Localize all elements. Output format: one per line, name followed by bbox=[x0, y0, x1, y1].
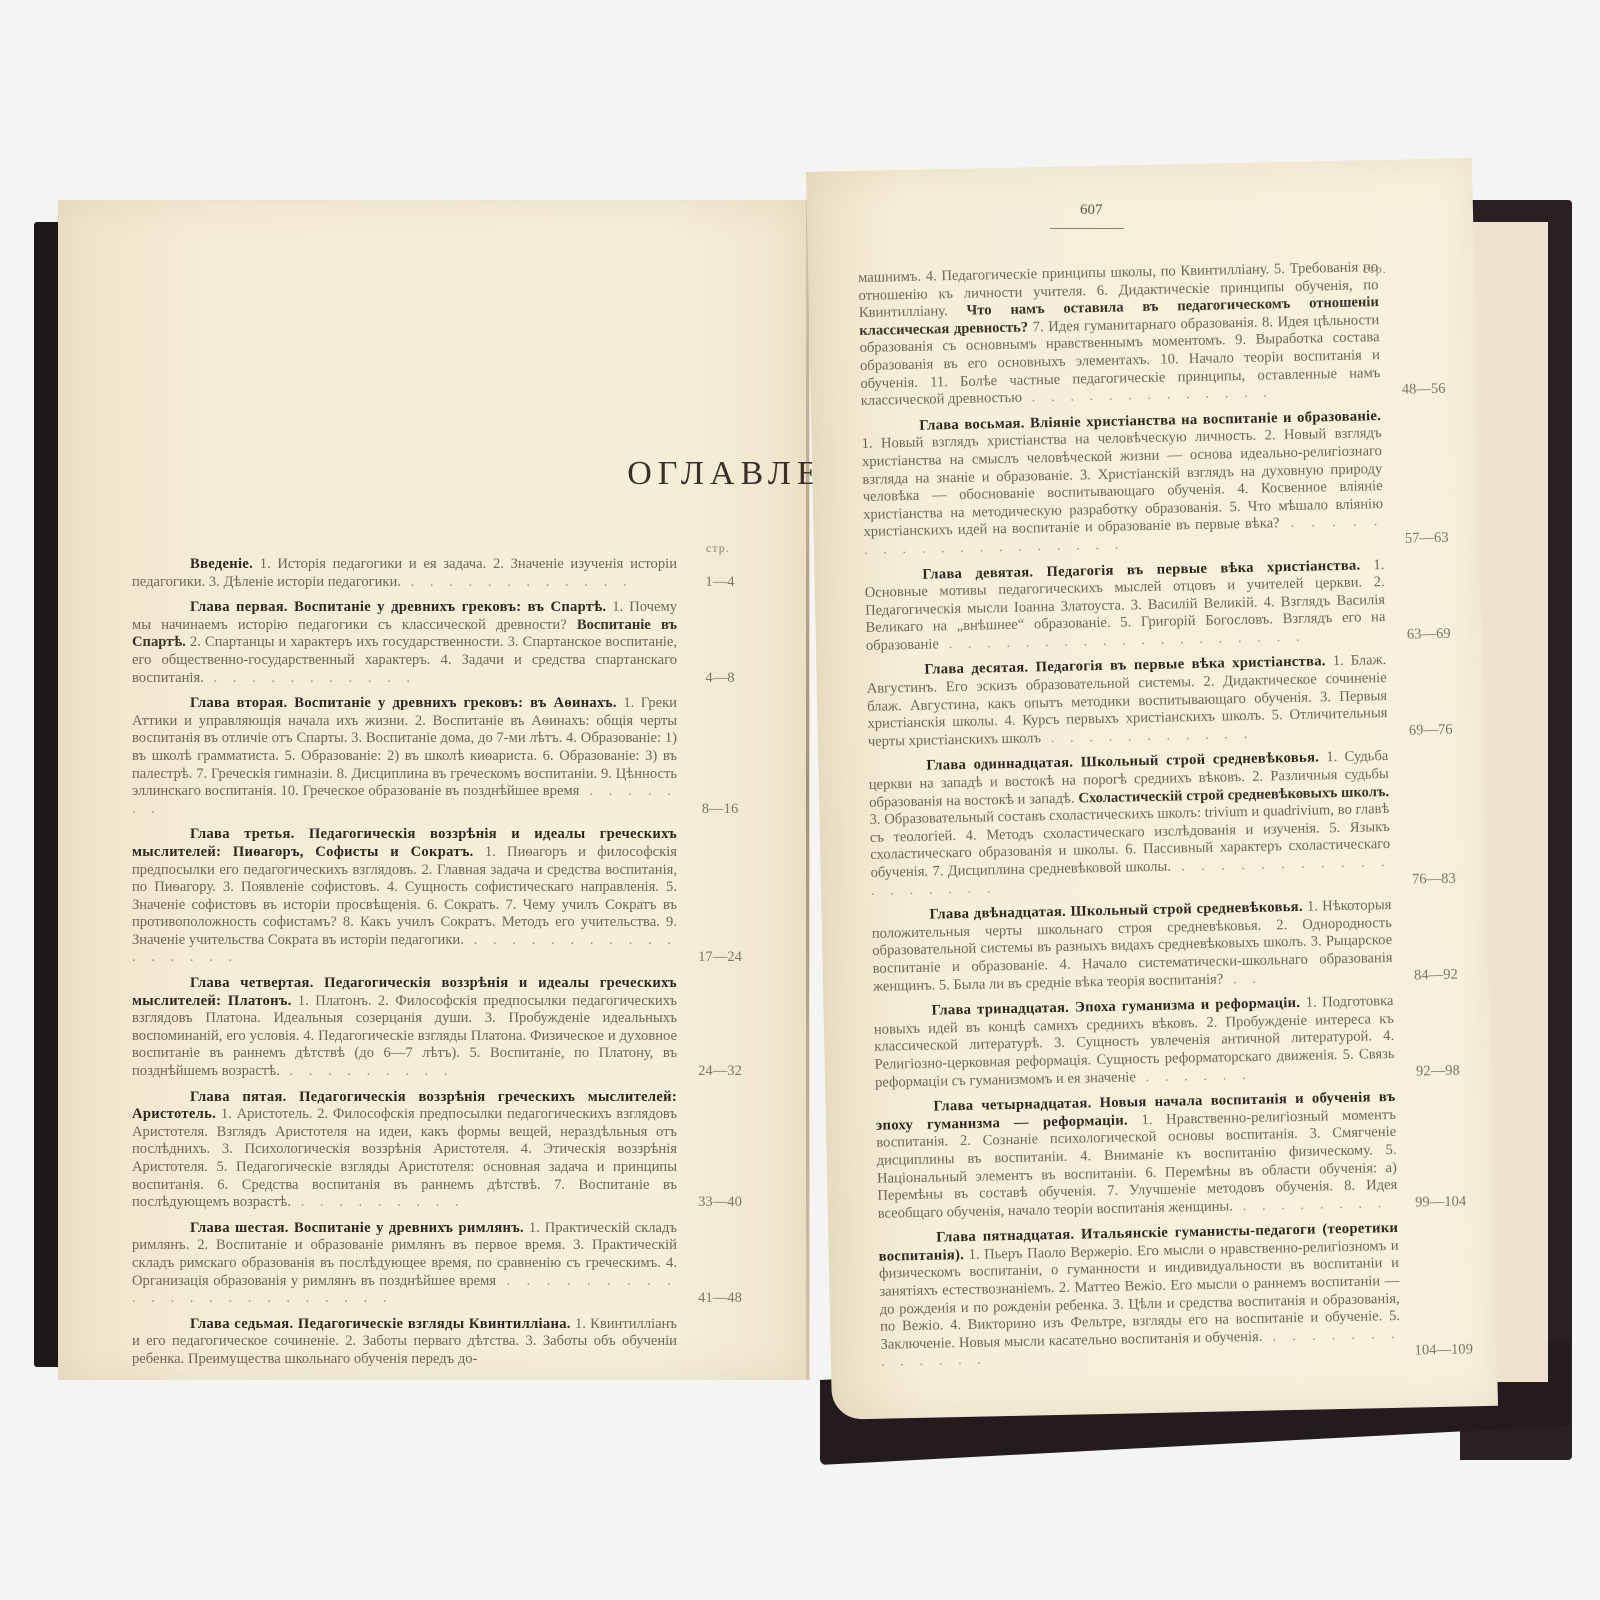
page-range: 84—92 bbox=[1401, 966, 1471, 985]
page-range: 104—109 bbox=[1409, 1342, 1479, 1361]
dot-leader: . . . . . . . . . bbox=[280, 1063, 454, 1079]
page-range: 99—104 bbox=[1405, 1193, 1475, 1212]
open-book-photo: ОГЛАВЛЕНІЕ. стр. Введеніе. 1. Исторія пе… bbox=[0, 0, 1600, 1600]
chapter-heading: Введеніе. bbox=[190, 556, 253, 572]
toc-entry-chapter-8: Глава восьмая. Вліяніе христіанства на в… bbox=[861, 408, 1384, 560]
toc-entry-chapter-3: Глава третья. Педагогическія воззрѣнія и… bbox=[132, 826, 677, 967]
page-range: 4—8 bbox=[685, 670, 755, 688]
page-range: 1—4 bbox=[685, 574, 755, 592]
chapter-heading: Глава седьмая. Педагогическіе взгляды Кв… bbox=[190, 1316, 571, 1332]
toc-entry-chapter-15: Глава пятнадцатая. Итальянскіе гуманисты… bbox=[878, 1220, 1401, 1372]
dot-leader: . . . . . . . . . . . bbox=[204, 670, 416, 686]
page-range: 33—40 bbox=[685, 1194, 755, 1212]
toc-entry-chapter-5: Глава пятая. Педагогическія воззрѣнія гр… bbox=[132, 1089, 677, 1212]
dot-leader: . . . . . . . . . . . bbox=[1041, 726, 1254, 746]
page-number: 607 bbox=[1080, 202, 1103, 219]
page-range: 57—63 bbox=[1392, 529, 1462, 548]
toc-entry-chapter-4: Глава четвертая. Педагогическія воззрѣні… bbox=[132, 975, 677, 1081]
toc-entry-chapter-14: Глава четырнадцатая. Новыя начала воспит… bbox=[875, 1089, 1397, 1223]
toc-entry-chapter-7: Глава седьмая. Педагогическіе взгляды Кв… bbox=[132, 1316, 677, 1369]
dot-leader: . . . . . . . . . . . . bbox=[401, 574, 633, 590]
toc-entry-chapter-9: Глава девятая. Педагогія въ первые вѣка … bbox=[864, 557, 1386, 656]
toc-entry-chapter-12: Глава двѣнадцатая. Школьный строй средне… bbox=[871, 897, 1393, 996]
page-range: 17—24 bbox=[685, 949, 755, 967]
folio-rule bbox=[1050, 228, 1124, 229]
dot-leader: . . bbox=[1223, 970, 1262, 987]
toc-entry-chapter-10: Глава десятая. Педагогія въ первые вѣка … bbox=[866, 652, 1388, 751]
toc-entry-introduction: Введеніе. 1. Исторія педагогики и ея зад… bbox=[132, 556, 677, 591]
page-range: 76—83 bbox=[1399, 870, 1469, 889]
toc-entry-chapter-13: Глава тринадцатая. Эпоха гуманизма и реф… bbox=[873, 993, 1395, 1092]
toc-entry-chapter-6: Глава шестая. Воспитаніе у древнихъ римл… bbox=[132, 1220, 677, 1308]
toc-entry-chapter-11: Глава одиннадцатая. Школьный строй средн… bbox=[868, 748, 1391, 900]
dot-leader: . . . . . . . . . bbox=[291, 1194, 465, 1210]
dot-leader: . . . . . . bbox=[1136, 1066, 1252, 1084]
page-range: 48—56 bbox=[1388, 381, 1458, 400]
chapter-heading: Глава вторая. Воспитаніе у древнихъ грек… bbox=[190, 695, 617, 711]
book-gutter bbox=[806, 200, 809, 1380]
page-range: 41—48 bbox=[685, 1290, 755, 1308]
page-range: 69—76 bbox=[1396, 721, 1466, 740]
page-range: 92—98 bbox=[1403, 1062, 1473, 1081]
page-range: 63—69 bbox=[1394, 625, 1464, 644]
chapter-heading: Глава первая. Воспитаніе у древнихъ грек… bbox=[190, 599, 606, 615]
chapter-heading: Глава шестая. Воспитаніе у древнихъ римл… bbox=[190, 1220, 524, 1236]
page-range: 24—32 bbox=[685, 1063, 755, 1081]
page-range: 8—16 bbox=[685, 801, 755, 819]
toc-left: Введеніе. 1. Исторія педагогики и ея зад… bbox=[132, 556, 677, 1377]
pages-column-label: стр. bbox=[706, 541, 730, 556]
dot-leader: . . . . . . . . bbox=[1233, 1195, 1388, 1214]
toc-entry-chapter-1: Глава первая. Воспитаніе у древнихъ грек… bbox=[132, 599, 677, 687]
toc-right: машнимъ. 4. Педагогическіе принципы школ… bbox=[858, 259, 1401, 1380]
toc-entry-chapter-2: Глава вторая. Воспитаніе у древнихъ грек… bbox=[132, 695, 677, 818]
toc-entry-chapter-7-continued: машнимъ. 4. Педагогическіе принципы школ… bbox=[858, 259, 1381, 411]
